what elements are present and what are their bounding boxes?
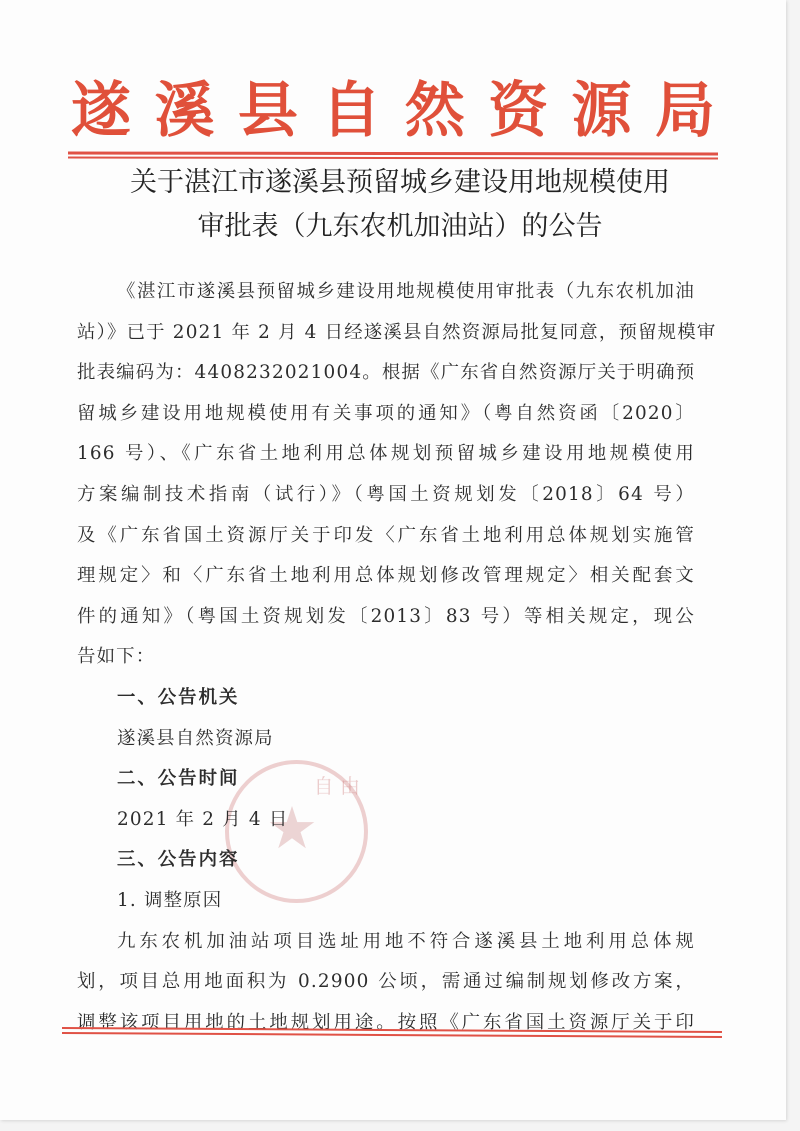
section-heading-content: 三、公告内容 (77, 840, 695, 881)
subsection-heading-reason: 1. 调整原因 (77, 881, 695, 922)
paragraph-line: 及《广东省国土资源厅关于印发〈广东省土地利用总体规划实施管 (77, 516, 695, 557)
paragraph-line: 告如下： (77, 637, 695, 678)
section-content-time: 2021 年 2 月 4 日 (77, 800, 695, 841)
masthead-char: 局 (652, 78, 718, 144)
paragraph-line: 件的通知》（粤国土资规划发〔2013〕83 号）等相关规定，现公 (77, 597, 695, 638)
paragraph-line: 九东农机加油站项目选址用地不符合遂溪县土地利用总体规 (77, 922, 695, 963)
masthead-char: 自 (318, 78, 384, 144)
masthead-char: 资 (485, 78, 551, 144)
paragraph-line: 批表编码为：4408232021004。根据《广东省自然资源厅关于明确预 (77, 353, 695, 394)
header-rule-thin (68, 157, 718, 160)
masthead-char: 遂 (68, 78, 134, 144)
section-heading-issuer: 一、公告机关 (77, 678, 695, 719)
paragraph-line: 《湛江市遂溪县预留城乡建设用地规模使用审批表（九东农机加油 (77, 272, 695, 313)
document-page: 遂 溪 县 自 然 资 源 局 关于湛江市遂溪县预留城乡建设用地规模使用 审批表… (0, 0, 786, 1120)
masthead-char: 溪 (151, 78, 217, 144)
header-rule-thick (68, 152, 718, 156)
paragraph-line: 166 号）、《广东省土地利用总体规划预留城乡建设用地规模使用 (77, 434, 695, 475)
paragraph-line: 方案编制技术指南（试行）》（粤国土资规划发〔2018〕64 号） (77, 475, 695, 516)
paragraph-line: 留城乡建设用地规模使用有关事项的通知》（粤自然资函〔2020〕 (77, 394, 695, 435)
section-content-issuer: 遂溪县自然资源局 (77, 719, 695, 760)
masthead-org-name: 遂 溪 县 自 然 资 源 局 (68, 78, 718, 144)
paragraph-line: 理规定〉和〈广东省土地利用总体规划修改管理规定〉相关配套文 (77, 556, 695, 597)
document-title-line-1: 关于湛江市遂溪县预留城乡建设用地规模使用 (60, 166, 740, 200)
document-body: 《湛江市遂溪县预留城乡建设用地规模使用审批表（九东农机加油 站）》已于 2021… (77, 272, 695, 1043)
paragraph-line: 划，项目总用地面积为 0.2900 公顷，需通过编制规划修改方案， (77, 962, 695, 1003)
document-title-line-2: 审批表（九东农机加油站）的公告 (60, 210, 740, 244)
masthead-char: 源 (569, 78, 635, 144)
masthead-char: 县 (235, 78, 301, 144)
section-heading-time: 二、公告时间 (77, 759, 695, 800)
paragraph-line: 站）》已于 2021 年 2 月 4 日经遂溪县自然资源局批复同意，预留规模审 (77, 313, 695, 354)
masthead-char: 然 (402, 78, 468, 144)
